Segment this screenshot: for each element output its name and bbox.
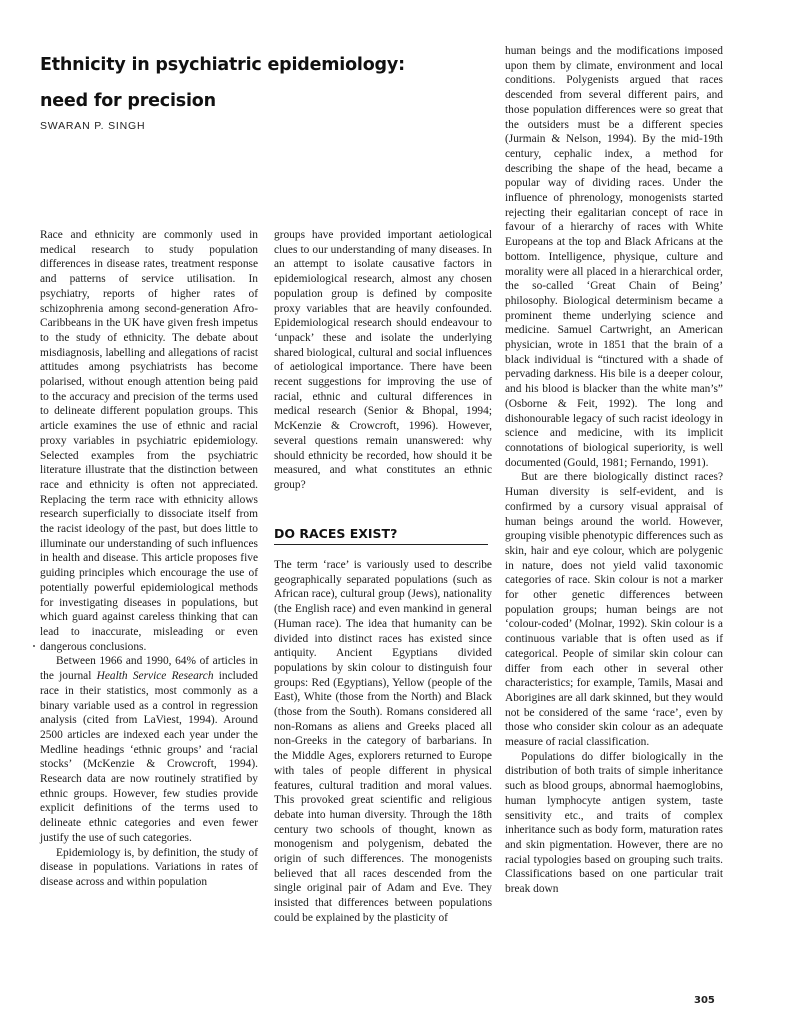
section-heading: DO RACES EXIST? xyxy=(274,526,488,545)
body-paragraph-3-start: Epidemiology is, by definition, the stud… xyxy=(40,846,258,890)
stray-mark xyxy=(33,645,35,647)
abstract-paragraph: Race and ethnicity are commonly used in … xyxy=(40,228,258,654)
page-number: 305 xyxy=(694,995,715,1006)
author-name: SWARAN P. SINGH xyxy=(40,120,145,132)
journal-name: Health Service Research xyxy=(97,670,214,682)
section-paragraph-1-continued: human beings and the modifications impos… xyxy=(505,44,723,470)
column-2-top: groups have provided important aetiologi… xyxy=(274,228,492,493)
article-title-line-1: Ethnicity in psychiatric epidemiology: xyxy=(40,55,405,75)
article-title: Ethnicity in psychiatric epidemiology: n… xyxy=(40,47,480,119)
body-paragraph-2: Between 1966 and 1990, 64% of articles i… xyxy=(40,654,258,845)
paragraph-text: included race in their statistics, most … xyxy=(40,670,258,844)
body-paragraph-3-continued: groups have provided important aetiologi… xyxy=(274,228,492,493)
article-title-line-2: need for precision xyxy=(40,91,216,111)
column-3: human beings and the modifications impos… xyxy=(505,44,723,897)
column-1: Race and ethnicity are commonly used in … xyxy=(40,228,258,890)
section-paragraph-2: But are there biologically distinct race… xyxy=(505,470,723,749)
section-paragraph-1: The term ‘race’ is variously used to des… xyxy=(274,558,492,926)
section-paragraph-3: Populations do differ biologically in th… xyxy=(505,750,723,897)
column-2-bottom: The term ‘race’ is variously used to des… xyxy=(274,558,492,926)
